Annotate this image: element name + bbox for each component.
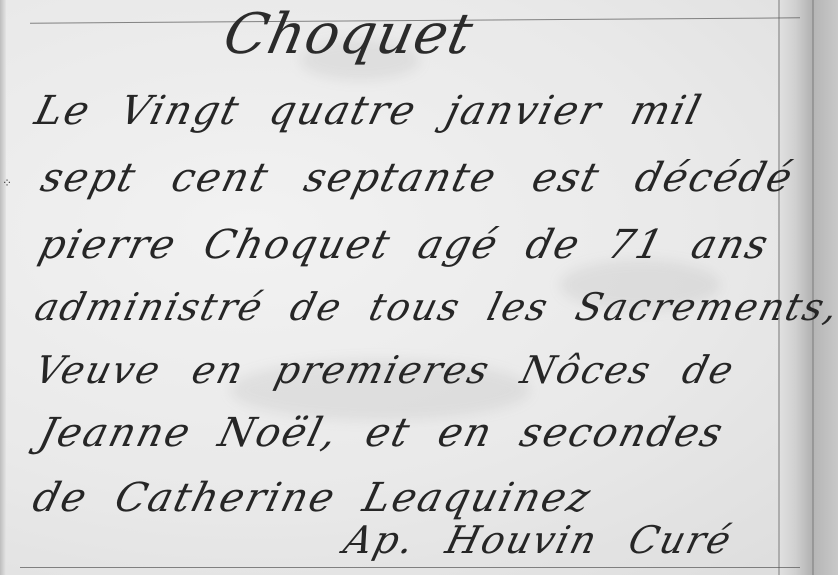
- text-line-7: de Catherine Leaquinez: [28, 475, 596, 521]
- text-line-5: Veuve en premieres Nôces de: [31, 348, 740, 392]
- text-line-3: pierre Choquet agé de 71 ans: [34, 222, 774, 268]
- priest-signature: Ap. Houvin Curé: [340, 518, 738, 562]
- scanned-register-page: ⁘ Choquet Le Vingt quatre janvier mil se…: [0, 0, 838, 575]
- text-line-2: sept cent septante est décédé: [36, 155, 798, 201]
- margin-mark: ⁘: [2, 176, 12, 190]
- entry-title: Choquet: [218, 2, 479, 67]
- page-left-edge: [0, 0, 6, 575]
- text-line-4: administré de tous les Sacrements,: [31, 285, 838, 329]
- text-line-1: Le Vingt quatre janvier mil: [30, 88, 707, 134]
- ruled-line-bottom: [20, 567, 800, 568]
- text-line-6: Jeanne Noël, et en secondes: [34, 410, 729, 456]
